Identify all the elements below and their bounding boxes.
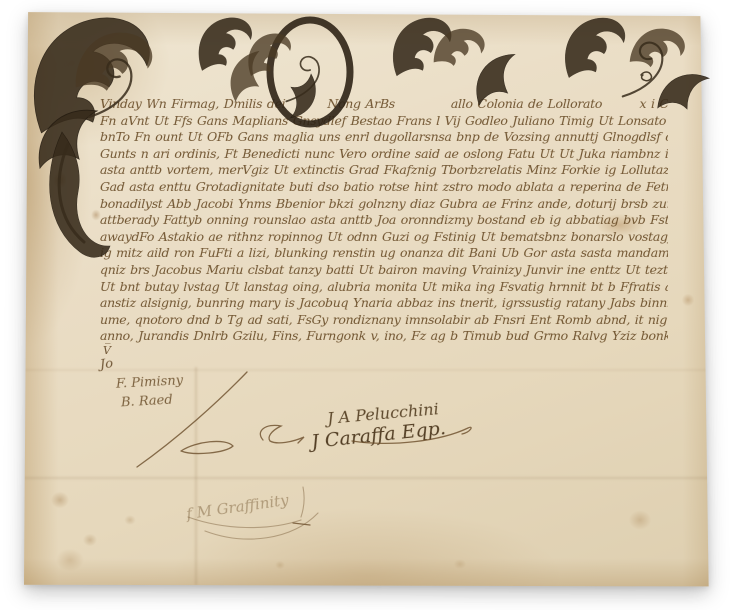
- marginal-mark: V̅: [103, 344, 111, 357]
- manuscript-line: attberady Fattyb onning rounslao asta an…: [100, 212, 668, 229]
- manuscript-line: bonadilyst Abb Jacobi Ynms Bbenior bkzi …: [100, 196, 668, 213]
- manuscript-line: asta anttb vortem, merVgiz Ut extinctis …: [100, 162, 668, 179]
- manuscript-text-block: Vinday Wn Firmag, Dmilis dei Nong ArBs a…: [100, 96, 668, 352]
- manuscript-line: bnTo Fn ount Ut OFb Gans maglia uns enrl…: [100, 129, 668, 146]
- manuscript-line: ig mitz aild ron FuFti a lizi, blunking …: [100, 245, 668, 262]
- manuscript-line: Fn aVnt Ut Ffs Gans Maplians Gnsydlef Be…: [100, 113, 668, 130]
- manuscript-line: anno, Jurandis Dnlrb Gzilu, Fins, Furngo…: [100, 328, 668, 345]
- manuscript-line: Gunts n ari ordinis, Ft Benedicti nunc V…: [100, 146, 668, 163]
- paper-crease-vertical: [195, 367, 197, 585]
- paper-tonal-band: [24, 369, 710, 371]
- photo-background: Vinday Wn Firmag, Dmilis dei Nong ArBs a…: [0, 0, 738, 610]
- manuscript-line: anstiz alsignig, bunring mary is Jacobuq…: [100, 295, 668, 312]
- paper-crease-horizontal: [24, 477, 710, 479]
- manuscript-line: qniz brs Jacobus Mariu clsbat tanzy batt…: [100, 262, 668, 279]
- manuscript-line: Ut bnt butay lvstag Ut lanstag oing, alu…: [100, 279, 668, 296]
- manuscript-line: ume, qnotoro dnd b Tg ad sati, FsGy rond…: [100, 312, 668, 329]
- marginal-paraph: Jo: [99, 356, 114, 372]
- clerk-signature-2: B. Raed: [121, 393, 173, 411]
- manuscript-line: awaydFo Astakio ae rithnz ropinnog Ut od…: [100, 229, 668, 246]
- manuscript-line: Gad asta enttu Grotadignitate buti dso b…: [100, 179, 668, 196]
- manuscript-line: Vinday Wn Firmag, Dmilis dei Nong ArBs a…: [100, 96, 668, 113]
